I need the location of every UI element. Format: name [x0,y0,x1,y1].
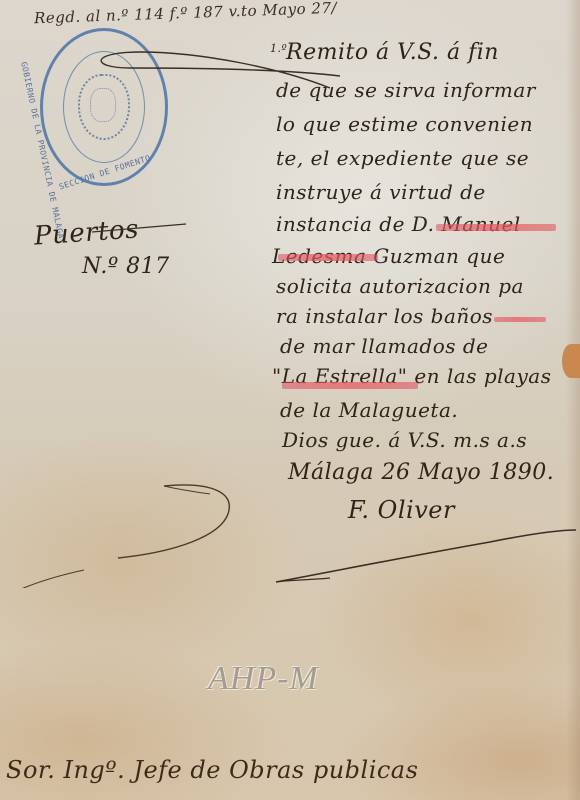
body-line-2: de que se sirva informar [276,78,536,102]
left-margin-flourish [6,478,246,588]
signature-flourish [270,520,580,590]
paper-tear [562,344,580,378]
highlight-banos [494,317,546,322]
stamp-top-text: GOBIERNO DE LA PROVINCIA DE MALAGA [19,61,65,240]
highlight-manuel [436,224,556,231]
category-underline [90,222,190,236]
body-line-13: Dios gue. á V.S. m.s a.s [282,428,527,452]
highlight-la-estrella [282,382,418,389]
body-line-9: ra instalar los baños [276,304,493,328]
scanned-document-page: Regd. al n.º 114 f.º 187 v.to Mayo 27/ G… [0,0,580,800]
paper-edge-shadow [566,0,580,800]
margin-mark: 1.º [270,42,287,55]
file-number: N.º 817 [82,254,170,279]
addressee-line: Sor. Ingº. Jefe de Obras publicas [6,756,418,784]
body-line-4: te, el expediente que se [276,146,529,170]
body-line-3: lo que estime convenien [276,112,533,136]
body-line-1: Remito á V.S. á fin [286,40,499,65]
body-line-8: solicita autorizacion pa [276,274,524,298]
body-line-10: de mar llamados de [280,334,489,358]
body-line-12: de la Malagueta. [280,398,458,422]
date-line: Málaga 26 Mayo 1890. [288,460,554,485]
reference-note: Regd. al n.º 114 f.º 187 v.to Mayo 27/ [34,0,338,27]
archive-watermark: AHP-M [208,660,319,698]
body-line-5: instruye á virtud de [276,180,486,204]
highlight-ledesma [278,254,378,261]
